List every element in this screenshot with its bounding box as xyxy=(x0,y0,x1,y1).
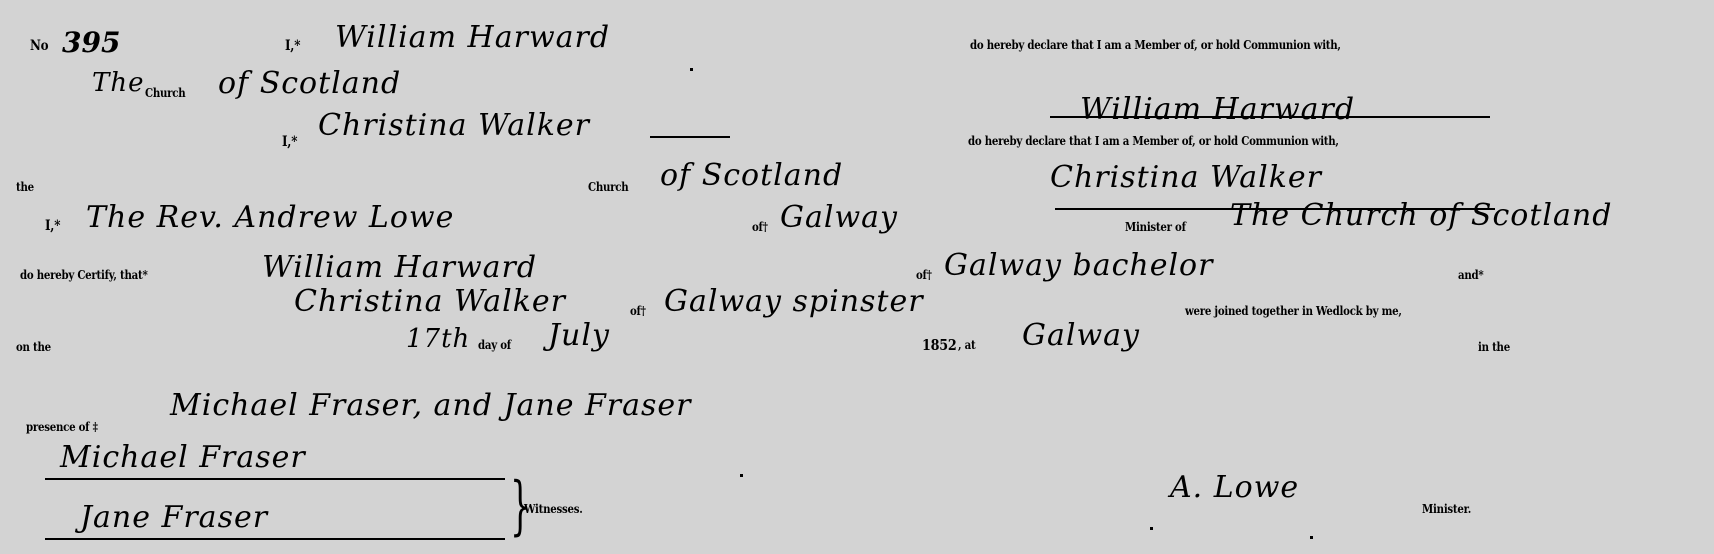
entry-number-label: No xyxy=(30,38,48,54)
groom-church-label: Church xyxy=(145,86,185,100)
witness-signature-1: Michael Fraser xyxy=(60,440,306,475)
certify-label: do hereby Certify, that* xyxy=(20,268,148,282)
bride-name-rule xyxy=(650,136,730,138)
bride-name-certified: Christina Walker xyxy=(294,284,566,319)
presence-label: presence of ‡ xyxy=(26,420,98,434)
bride-church-article: the xyxy=(16,180,34,194)
scan-speck xyxy=(1150,527,1153,530)
scan-speck xyxy=(1310,536,1313,539)
minister-place: Galway xyxy=(780,200,898,235)
entry-number: 395 xyxy=(62,26,120,59)
joined-text: were joined together in Wedlock by me, xyxy=(1185,304,1402,318)
groom-declaration-text: do hereby declare that I am a Member of,… xyxy=(970,38,1341,52)
scan-speck xyxy=(740,474,743,477)
witness-rule-2 xyxy=(45,538,505,540)
minister-of-label: of† xyxy=(752,220,768,234)
groom-name-certified: William Harward xyxy=(262,250,537,285)
groom-prefix: I,* xyxy=(285,38,300,54)
bride-name: Christina Walker xyxy=(318,108,590,143)
groom-church-prefix: The xyxy=(92,68,144,98)
bride-church-label: Church xyxy=(588,180,628,194)
minister-of-church-label: Minister of xyxy=(1125,220,1186,234)
groom-church-name: of Scotland xyxy=(218,66,401,101)
bride-signature: Christina Walker xyxy=(1050,160,1322,195)
scan-speck xyxy=(690,68,693,71)
on-the-label: on the xyxy=(16,340,51,354)
marriage-year: 1852 xyxy=(922,336,956,354)
bride-of-label: of† xyxy=(630,304,646,318)
bride-residence-status: Galway spinster xyxy=(664,284,924,319)
minister-church: The Church of Scotland xyxy=(1230,198,1612,233)
groom-of-label: of† xyxy=(916,268,932,282)
minister-signature-label: Minister. xyxy=(1422,502,1471,516)
in-the-label: in the xyxy=(1478,340,1510,354)
marriage-place: Galway xyxy=(1022,318,1140,353)
bride-church-name: of Scotland xyxy=(660,158,843,193)
minister-name: The Rev. Andrew Lowe xyxy=(86,200,454,235)
bride-declaration-text: do hereby declare that I am a Member of,… xyxy=(968,134,1339,148)
groom-signature: William Harward xyxy=(1080,92,1355,127)
groom-residence-status: Galway bachelor xyxy=(944,248,1213,283)
bride-prefix: I,* xyxy=(282,134,297,150)
groom-signature-rule xyxy=(1050,116,1490,118)
and-label: and* xyxy=(1458,268,1483,282)
marriage-month: July xyxy=(548,318,610,353)
minister-signature: A. Lowe xyxy=(1170,470,1299,505)
witness-signature-2: Jane Fraser xyxy=(80,500,268,535)
marriage-day: 17th xyxy=(406,324,470,354)
marriage-register-entry: No 395 I,* William Harward do hereby dec… xyxy=(0,0,1714,554)
day-of-label: day of xyxy=(478,338,511,352)
at-label: , at xyxy=(958,338,975,352)
witness-rule-1 xyxy=(45,478,505,480)
witnesses-label: Witnesses. xyxy=(524,502,582,516)
presence-of-names: Michael Fraser, and Jane Fraser xyxy=(170,388,692,423)
minister-prefix: I,* xyxy=(45,218,60,234)
groom-name: William Harward xyxy=(335,20,610,55)
